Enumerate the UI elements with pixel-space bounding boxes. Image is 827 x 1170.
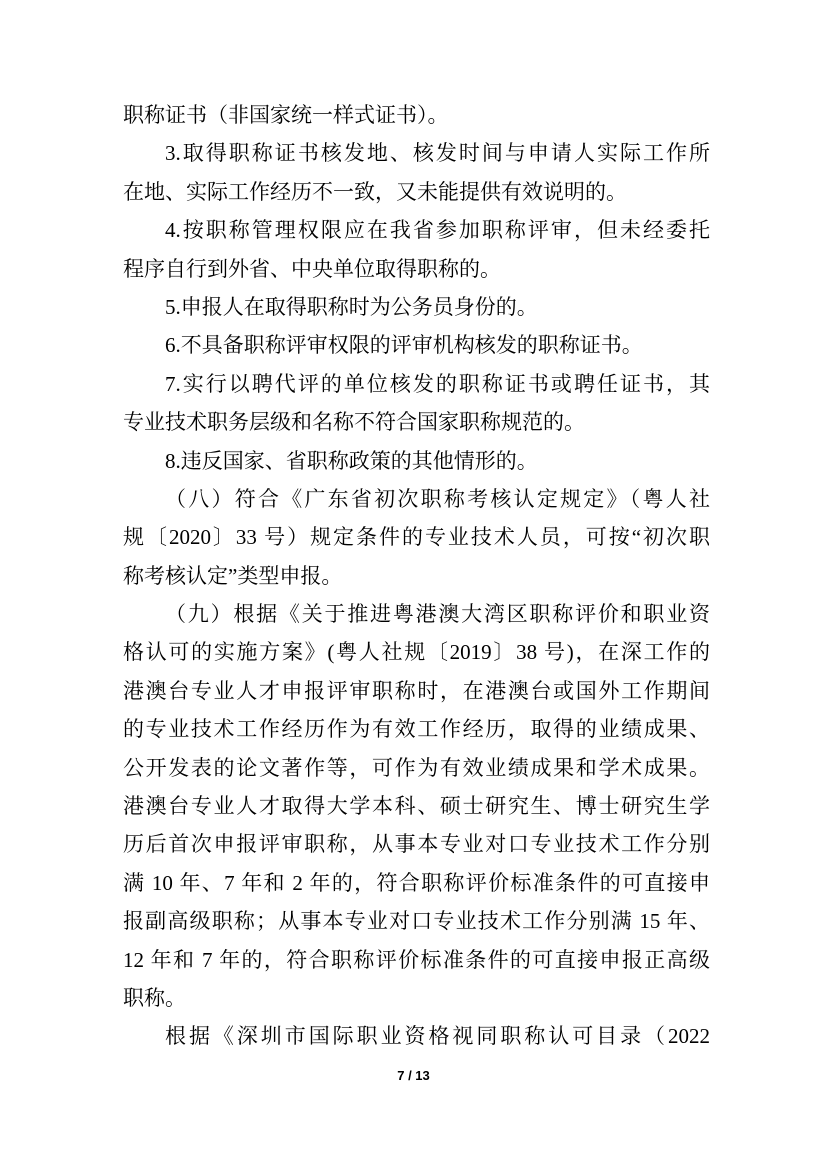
text-line: 港澳台专业人才申报评审职称时，在港澳台或国外工作期间 — [123, 672, 710, 710]
text-line: 程序自行到外省、中央单位取得职称的。 — [123, 250, 710, 288]
text-line: （八）符合《广东省初次职称考核认定规定》（粤人社 — [123, 480, 710, 518]
text-line: 在地、实际工作经历不一致，又未能提供有效说明的。 — [123, 173, 710, 211]
text-line: 职称。 — [123, 979, 710, 1017]
document-page: 职称证书（非国家统一样式证书）。3.取得职称证书核发地、核发时间与申请人实际工作… — [0, 0, 827, 1170]
text-line: 职称证书（非国家统一样式证书）。 — [123, 96, 710, 134]
text-line: 的专业技术工作经历作为有效工作经历，取得的业绩成果、 — [123, 710, 710, 748]
text-line: 4.按职称管理权限应在我省参加职称评审，但未经委托 — [123, 211, 710, 249]
text-line: 公开发表的论文著作等，可作为有效业绩成果和学术成果。 — [123, 749, 710, 787]
page-number-footer: 7 / 13 — [0, 1068, 827, 1084]
text-line: 称考核认定”类型申报。 — [123, 557, 710, 595]
text-line: 3.取得职称证书核发地、核发时间与申请人实际工作所 — [123, 134, 710, 172]
text-line: 历后首次申报评审职称，从事本专业对口专业技术工作分别 — [123, 825, 710, 863]
page-number-label: 7 / 13 — [397, 1068, 430, 1083]
text-line: 规〔2020〕33 号）规定条件的专业技术人员，可按“初次职 — [123, 518, 710, 556]
document-body: 职称证书（非国家统一样式证书）。3.取得职称证书核发地、核发时间与申请人实际工作… — [123, 96, 710, 1056]
text-line: （九）根据《关于推进粤港澳大湾区职称评价和职业资 — [123, 595, 710, 633]
text-line: 7.实行以聘代评的单位核发的职称证书或聘任证书，其 — [123, 365, 710, 403]
text-line: 报副高级职称；从事本专业对口专业技术工作分别满 15 年、 — [123, 902, 710, 940]
text-line: 8.违反国家、省职称政策的其他情形的。 — [123, 442, 710, 480]
text-line: 专业技术职务层级和名称不符合国家职称规范的。 — [123, 403, 710, 441]
text-line: 6.不具备职称评审权限的评审机构核发的职称证书。 — [123, 326, 710, 364]
text-line: 12 年和 7 年的，符合职称评价标准条件的可直接申报正高级 — [123, 941, 710, 979]
text-line: 港澳台专业人才取得大学本科、硕士研究生、博士研究生学 — [123, 787, 710, 825]
text-line: 格认可的实施方案》(粤人社规〔2019〕38 号)，在深工作的 — [123, 633, 710, 671]
text-line: 5.申报人在取得职称时为公务员身份的。 — [123, 288, 710, 326]
text-line: 满 10 年、7 年和 2 年的，符合职称评价标准条件的可直接申 — [123, 864, 710, 902]
text-line: 根据《深圳市国际职业资格视同职称认可目录（2022 — [123, 1017, 710, 1055]
